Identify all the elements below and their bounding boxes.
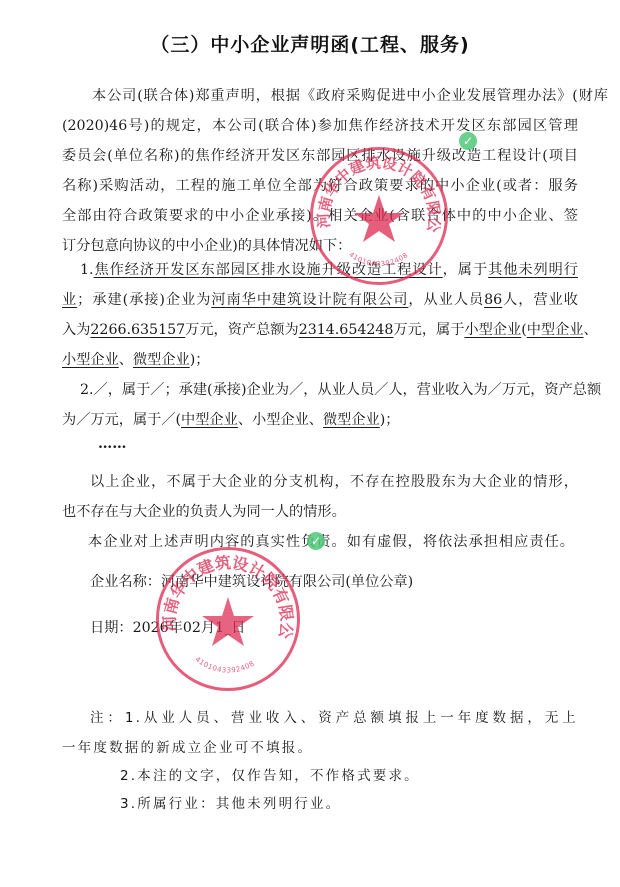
check-icon[interactable]: ✓ <box>307 532 325 550</box>
company-line: 企业名称：河南华中建筑设计院有限公司(单位公章) <box>90 572 510 592</box>
item1-line-4: 小型企业、微型企业)； <box>62 350 578 370</box>
intro-line-1: 本公司(联合体)郑重声明，根据《政府采购促进中小企业发展管理办法》(财库 <box>62 86 608 106</box>
assets-value: 2314.654248 <box>299 322 394 338</box>
contractor-name: 河南华中建筑设计院有限公司 <box>211 292 408 308</box>
company-name: 河南华中建筑设计院有限公司(单位公章) <box>161 574 413 590</box>
project-name: 焦作经济开发区东部园区排水设施升级改造工程设计 <box>94 262 443 278</box>
enterprise-size: 小型企业 <box>464 322 521 338</box>
page-title: （三）中小企业声明函(工程、服务) <box>0 30 620 57</box>
item1-line-3: 入为2266.635157万元，资产总额为2314.654248万元，属于小型企… <box>62 320 578 340</box>
document-page: （三）中小企业声明函(工程、服务) 本公司(联合体)郑重声明，根据《政府采购促进… <box>0 0 620 887</box>
date-value: 2026年02月1_日 <box>133 620 246 636</box>
svg-text:4101043392408: 4101043392408 <box>194 655 256 674</box>
revenue-value: 2266.635157 <box>90 322 185 338</box>
note-line-1: 注：1.从业人员、营业收入、资产总额填报上一年度数据，无上 <box>90 708 578 728</box>
intro-line-2: (2020)46号)的规定，本公司(联合体)参加焦作经济技术开发区东部园区管理 <box>62 116 578 136</box>
check-icon[interactable]: ✓ <box>459 132 477 150</box>
item2-line-1: 2.／，属于／；承建(承接)企业为／，从业人员／人，营业收入为／万元，资产总额 <box>80 380 578 400</box>
employees-count: 86 <box>484 292 502 308</box>
note-line-2: 一年度数据的新成立企业可不填报。 <box>62 738 578 758</box>
item2-line-2: 为／万元，属于／(中型企业、小型企业、微型企业)； <box>62 410 578 430</box>
statement-line-1: 以上企业，不属于大企业的分支机构，不存在控股股东为大企业的情形， <box>90 472 578 492</box>
intro-line-6: 订分包意向协议的中小企业)的具体情况如下： <box>62 236 578 256</box>
intro-line-5: 全部由符合政策要求的中小企业承接)。相关企业(含联合体中的中小企业、签 <box>62 206 578 226</box>
company-label: 企业名称： <box>90 574 161 590</box>
statement-line-2: 也不存在与大企业的负责人为同一人的情形。 <box>62 502 578 522</box>
intro-line-4: 名称)采购活动，工程的施工单位全部为符合政策要求的中小企业(或者：服务 <box>62 176 578 196</box>
item1-line-1: 1.焦作经济开发区东部园区排水设施升级改造工程设计，属于其他未列明行 <box>80 260 578 280</box>
ellipsis: …… <box>98 434 198 454</box>
item1-line-2: 业；承建(承接)企业为河南华中建筑设计院有限公司，从业人员86人，营业收 <box>62 290 578 310</box>
note-line-4: 3.所属行业：其他未列明行业。 <box>120 794 560 814</box>
date-line: 日期：2026年02月1_日 <box>90 618 350 638</box>
date-label: 日期： <box>90 620 133 636</box>
note-line-3: 2.本注的文字，仅作告知，不作格式要求。 <box>120 766 560 786</box>
intro-line-3: 委员会(单位名称)的焦作经济开发区东部园区排水设施升级改造工程设计(项目 <box>62 146 578 166</box>
statement-line-3: 本企业对上述声明内容的真实性负责。如有虚假，将依法承担相应责任。 <box>88 532 574 552</box>
industry: 其他未列明行 <box>488 262 578 278</box>
